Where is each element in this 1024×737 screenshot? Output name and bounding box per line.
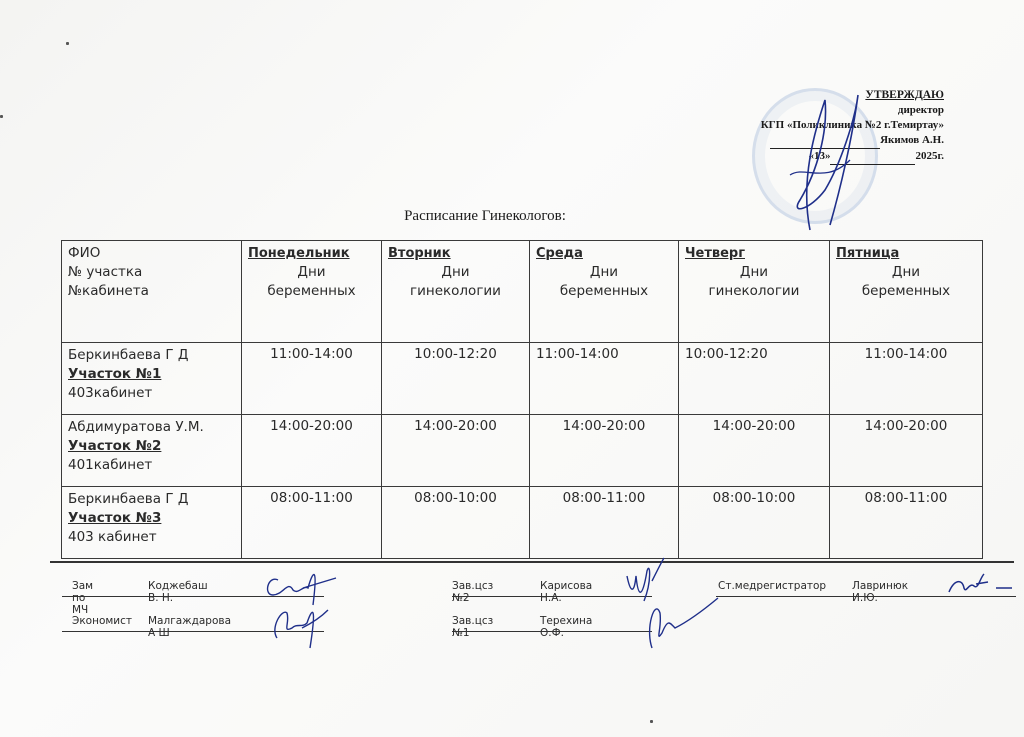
doctor-name: Беркинбаева Г Д: [68, 346, 235, 365]
handwritten-signature: [622, 556, 667, 606]
header-thursday: Четверг Дни гинекологии: [679, 241, 830, 343]
time-thursday: 14:00-20:00: [679, 415, 830, 487]
header-friday: Пятница Дни беременных: [830, 241, 983, 343]
time-wednesday: 08:00-11:00: [530, 487, 679, 559]
cabinet: 403кабинет: [68, 384, 235, 403]
time-friday: 14:00-20:00: [830, 415, 983, 487]
doctor-cell: Беркинбаева Г Д Участок №1 403кабинет: [62, 343, 242, 415]
approval-organization: КГП «Поликлиника №2 г.Темиртау»: [700, 118, 944, 133]
time-friday: 08:00-11:00: [830, 487, 983, 559]
signature-line: [62, 631, 324, 632]
table-row: Беркинбаева Г Д Участок №1 403кабинет 11…: [62, 343, 983, 415]
signature-name: Коджебаш В. Н.: [148, 580, 208, 604]
time-tuesday: 10:00-12:20: [382, 343, 530, 415]
doctor-name: Беркинбаева Г Д: [68, 490, 235, 509]
signature-name: Терехина О.Ф.: [540, 615, 592, 639]
approval-block: УТВЕРЖДАЮ директор КГП «Поликлиника №2 г…: [700, 88, 944, 165]
handwritten-signature: [258, 560, 338, 610]
cabinet: 403 кабинет: [68, 528, 235, 547]
time-friday: 11:00-14:00: [830, 343, 983, 415]
time-monday: 14:00-20:00: [242, 415, 382, 487]
scan-speck: [66, 42, 69, 45]
district: Участок №1: [68, 365, 235, 384]
table-row: Абдимуратова У.М. Участок №2 401кабинет …: [62, 415, 983, 487]
doctor-cell: Беркинбаева Г Д Участок №3 403 кабинет: [62, 487, 242, 559]
signature-line: [62, 596, 324, 597]
time-thursday: 10:00-12:20: [679, 343, 830, 415]
time-monday: 11:00-14:00: [242, 343, 382, 415]
signature-line: [452, 596, 652, 597]
table-bottom-rule: [50, 561, 1014, 563]
approval-signer: Якимов А.Н.: [880, 134, 944, 146]
cabinet: 401кабинет: [68, 456, 235, 475]
signature-name: Лавринюк И.Ю.: [852, 580, 908, 604]
district: Участок №2: [68, 437, 235, 456]
signature-role: Экономист: [72, 615, 132, 627]
signature-role: Зам по МЧ: [72, 580, 93, 616]
header-fio: ФИО № участка №кабинета: [62, 241, 242, 343]
signature-name: Малгаждарова А Ш: [148, 615, 231, 639]
header-monday: Понедельник Дни беременных: [242, 241, 382, 343]
approval-position: директор: [700, 103, 944, 118]
document-title: Расписание Гинекологов:: [300, 208, 670, 225]
header-wednesday: Среда Дни беременных: [530, 241, 679, 343]
signature-role: Зав.цсз №2: [452, 580, 493, 604]
time-monday: 08:00-11:00: [242, 487, 382, 559]
approval-date-year: 2025г.: [915, 150, 944, 162]
handwritten-signature: [262, 598, 332, 653]
time-wednesday: 14:00-20:00: [530, 415, 679, 487]
time-thursday: 08:00-10:00: [679, 487, 830, 559]
signature-line: [716, 596, 1016, 597]
signature-name: Карисова Н.А.: [540, 580, 592, 604]
district: Участок №3: [68, 509, 235, 528]
signature-role: Ст.медрегистратор: [718, 580, 826, 592]
signature-line: [452, 631, 652, 632]
scan-speck: [650, 720, 653, 723]
handwritten-signature: [640, 588, 720, 658]
doctor-name: Абдимуратова У.М.: [68, 418, 235, 437]
approval-title: УТВЕРЖДАЮ: [700, 88, 944, 103]
time-tuesday: 14:00-20:00: [382, 415, 530, 487]
schedule-table: ФИО № участка №кабинета Понедельник Дни …: [61, 240, 983, 559]
scan-speck: [0, 115, 3, 118]
table-header-row: ФИО № участка №кабинета Понедельник Дни …: [62, 241, 983, 343]
header-tuesday: Вторник Дни гинекологии: [382, 241, 530, 343]
signature-role: Зав.цсз №1: [452, 615, 493, 639]
table-row: Беркинбаева Г Д Участок №3 403 кабинет 0…: [62, 487, 983, 559]
time-tuesday: 08:00-10:00: [382, 487, 530, 559]
time-wednesday: 11:00-14:00: [530, 343, 679, 415]
doctor-cell: Абдимуратова У.М. Участок №2 401кабинет: [62, 415, 242, 487]
approval-date-day: «13»: [808, 150, 830, 162]
